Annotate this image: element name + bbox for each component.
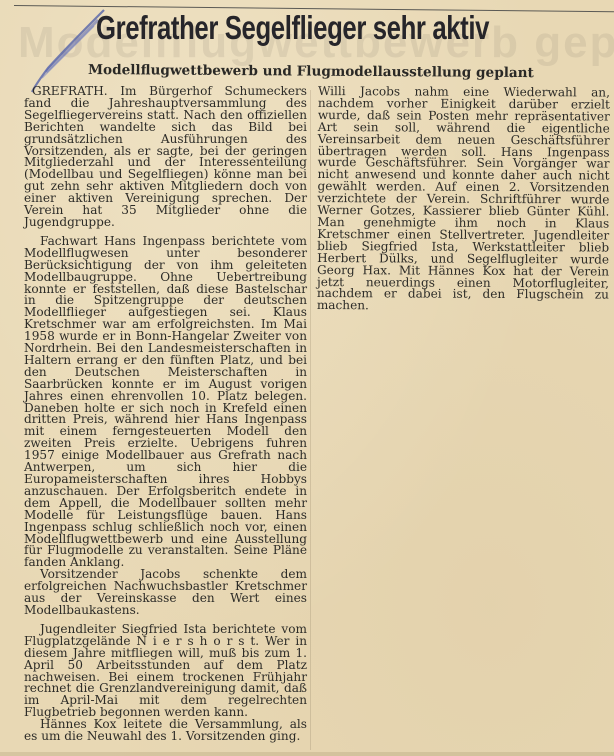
right-column: Willi Jacobs nahm eine Wiederwahl an, na… <box>317 86 610 314</box>
paragraph: Jugendleiter Siegfried Ista berichtete v… <box>24 624 307 719</box>
column-divider <box>310 90 311 750</box>
article-subheadline: Modellflugwettbewerb und Flugmodellausst… <box>88 62 534 81</box>
paragraph: Vorsitzender Jacobs schenkte dem erfolgr… <box>24 569 307 617</box>
left-column: GREFRATH. Im Bürgerhof Schumeckers fand … <box>24 86 307 743</box>
paragraph: Willi Jacobs nahm eine Wiederwahl an, na… <box>317 86 610 314</box>
paragraph: Hännes Kox leitete die Versammlung, als … <box>24 719 307 743</box>
paragraph: Fachwart Hans Ingenpass berichtete vom M… <box>24 236 307 569</box>
paragraph: GREFRATH. Im Bürgerhof Schumeckers fand … <box>24 86 307 229</box>
paper-edge <box>0 752 614 756</box>
article-headline: Grefrather Segelflieger sehr aktiv <box>96 6 455 50</box>
